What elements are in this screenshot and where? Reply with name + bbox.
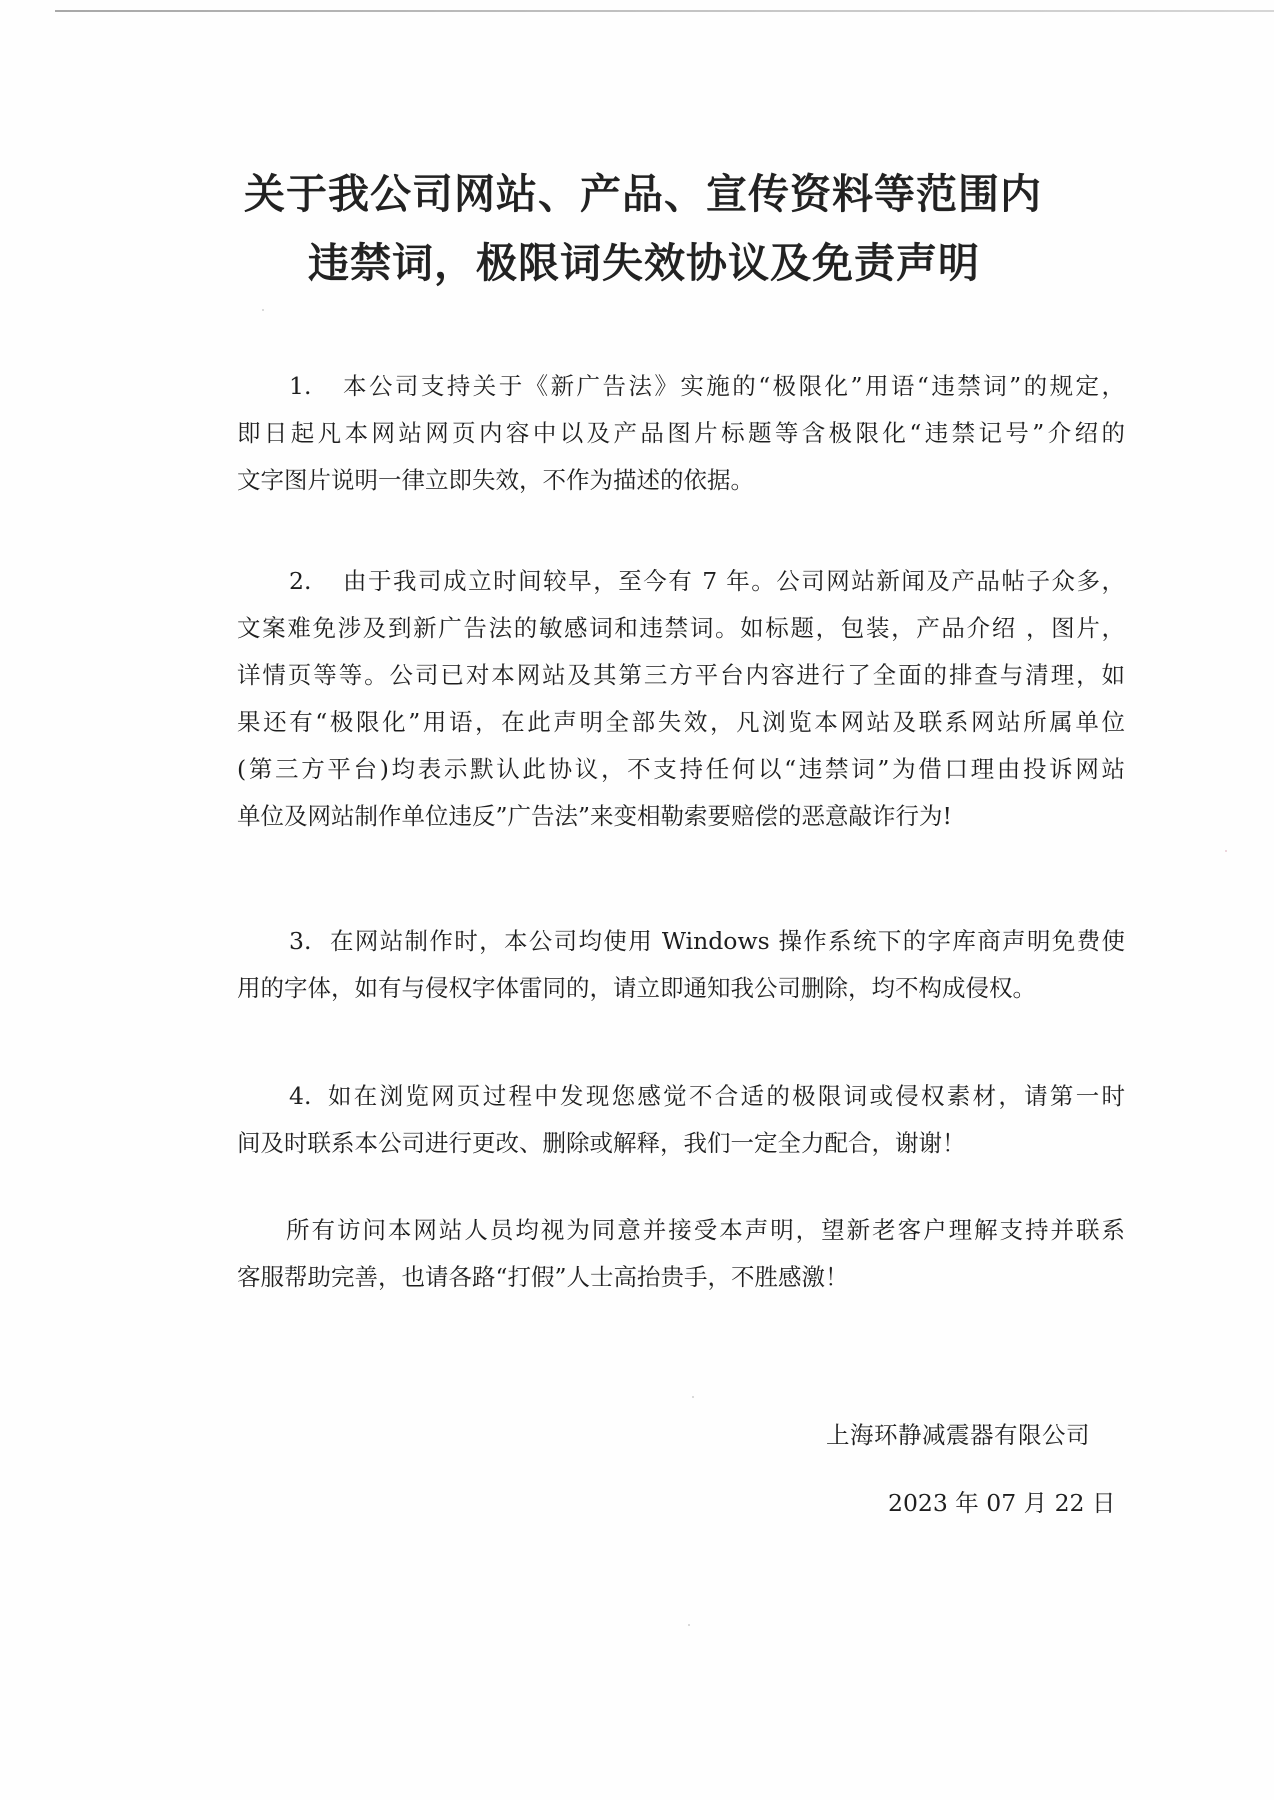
paragraph-line: 单位及网站制作单位违反”广告法”来变相勒索要赔偿的恶意敲诈行为! [237, 801, 1125, 831]
paragraph-number: 1. [289, 371, 311, 401]
paragraph-line: 果还有“极限化”用语，在此声明全部失效，凡浏览本网站及联系网站所属单位 [237, 707, 1125, 737]
paragraph-line: (第三方平台)均表示默认此协议，不支持任何以“违禁词”为借口理由投诉网站 [237, 754, 1125, 784]
paragraph-line: 详情页等等。公司已对本网站及其第三方平台内容进行了全面的排查与清理，如 [237, 660, 1125, 690]
scan-speck [262, 309, 264, 311]
signature-date: 2023 年 07 月 22 日 [888, 1488, 1115, 1518]
paragraph-line: 如在浏览网页过程中发现您感觉不合适的极限词或侵权素材，请第一时 [328, 1081, 1125, 1111]
title-line-2: 违禁词，极限词失效协议及免责声明 [308, 239, 980, 287]
paragraph-line: 间及时联系本公司进行更改、删除或解释，我们一定全力配合，谢谢！ [237, 1128, 1125, 1158]
paragraph-line: 文字图片说明一律立即失效，不作为描述的依据。 [237, 465, 1125, 495]
scan-speck [688, 1624, 690, 1626]
paragraph-line: 文案难免涉及到新广告法的敏感词和违禁词。如标题，包装，产品介绍 ，图片， [237, 613, 1125, 643]
scan-speck [1225, 850, 1227, 852]
paragraph-line: 本公司支持关于《新广告法》实施的“极限化”用语“违禁词”的规定， [343, 371, 1125, 401]
paragraph-line: 用的字体，如有与侵权字体雷同的，请立即通知我公司删除，均不构成侵权。 [237, 973, 1125, 1003]
scanned-document-page: 关于我公司网站、产品、宣传资料等范围内 违禁词，极限词失效协议及免责声明 1. … [0, 0, 1274, 1800]
paragraph-line: 即日起凡本网站网页内容中以及产品图片标题等含极限化“违禁记号”介绍的 [237, 418, 1125, 448]
paragraph-line: 在网站制作时，本公司均使用 Windows 操作系统下的字库商声明免费使 [330, 926, 1125, 956]
scan-speck [692, 1396, 694, 1398]
company-name: 上海环静减震器有限公司 [826, 1420, 1090, 1450]
paragraph-line: 客服帮助完善，也请各路“打假”人士高抬贵手，不胜感激！ [237, 1262, 1125, 1292]
paragraph-line: 所有访问本网站人员均视为同意并接受本声明，望新老客户理解支持并联系 [286, 1215, 1125, 1245]
title-line-1: 关于我公司网站、产品、宣传资料等范围内 [244, 170, 1042, 218]
paragraph-number: 3. [289, 926, 311, 956]
paragraph-number: 4. [289, 1081, 311, 1111]
paragraph-number: 2. [289, 566, 311, 596]
scan-edge-rule [55, 10, 1274, 12]
paragraph-line: 由于我司成立时间较早，至今有 7 年。公司网站新闻及产品帖子众多， [343, 566, 1125, 596]
